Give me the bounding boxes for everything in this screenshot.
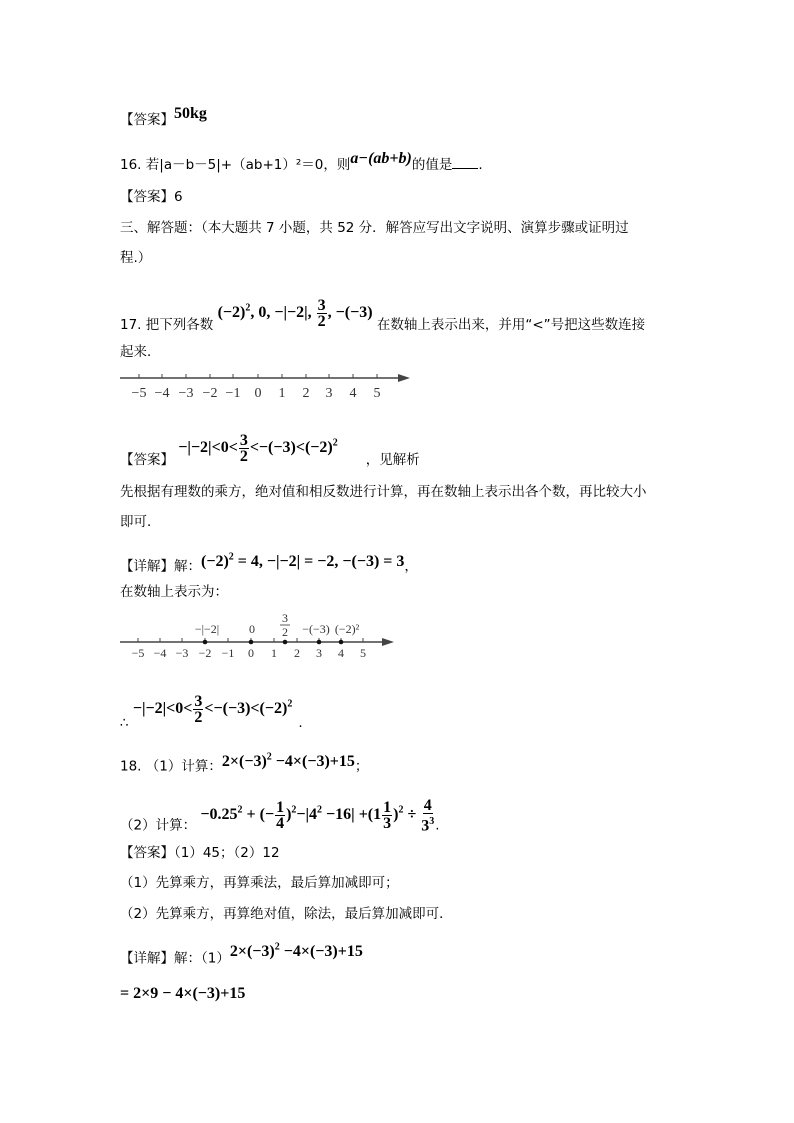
- q18-detail: 【详解】解：（1）2×(−3)2 −4×(−3)+15: [120, 944, 363, 968]
- svg-text:2: 2: [282, 625, 288, 639]
- analysis-text: （1）先算乘方，再算乘法，最后算加减即可；: [120, 873, 399, 893]
- svg-text:(−2)²: (−2)²: [335, 622, 360, 636]
- detail-expression: (−2)2 = 4, −|−2| = −2, −(−3) = 3: [201, 553, 404, 570]
- question-text-after: 在数轴上表示出来，并用“<”号把这些数连接: [377, 317, 645, 333]
- section-heading: 三、解答题：（本大题共 7 小题，共 52 分．解答应写出文字说明、演算步骤或证…: [120, 218, 629, 238]
- punctuation: .: [298, 715, 302, 731]
- answer-expression: −|−2|<0<32<−(−3)<(−2)2: [178, 439, 337, 456]
- punctuation: ；: [355, 758, 369, 774]
- part-label: （1）计算：: [146, 758, 222, 774]
- svg-text:−(−3): −(−3): [302, 622, 330, 636]
- svg-text:0: 0: [249, 622, 255, 636]
- answer-value: 6: [174, 189, 183, 205]
- question-number: 16.: [120, 157, 141, 173]
- answer-label: 【答案】: [120, 189, 174, 205]
- svg-text:−2: −2: [203, 386, 218, 401]
- analysis-text: （2）先算乘方，再算绝对值，除法，最后算加减即可．: [120, 904, 453, 924]
- number-list: (−2)2, 0, −|−2|, 32, −(−3): [218, 304, 373, 321]
- analysis-text-cont: 即可．: [120, 512, 161, 532]
- number-line-marked: −|−2| 0 32 −(−3) (−2)² −5−4−3−2 −1012 34…: [120, 605, 410, 660]
- svg-text:3: 3: [316, 646, 322, 660]
- q16-answer: 【答案】6: [120, 187, 183, 207]
- part-label: （2）计算：: [120, 817, 196, 833]
- punctuation: ，: [404, 558, 418, 574]
- part1-expression: 2×(−3)2 −4×(−3)+15: [222, 753, 355, 770]
- question-number: 18.: [120, 758, 141, 774]
- answer-label: 【答案】: [120, 452, 174, 468]
- svg-text:5: 5: [360, 646, 366, 660]
- svg-text:2: 2: [294, 646, 300, 660]
- q17-answer: 【答案】 −|−2|<0<32<−(−3)<(−2)2，见解析: [120, 445, 420, 476]
- svg-text:0: 0: [255, 386, 262, 401]
- svg-text:−5: −5: [132, 386, 147, 401]
- svg-text:−2: −2: [199, 646, 212, 660]
- svg-text:−|−2|: −|−2|: [195, 622, 219, 636]
- therefore-symbol: ∴: [120, 715, 129, 731]
- q17-detail: 【详解】解：(−2)2 = 4, −|−2| = −2, −(−3) = 3，: [120, 552, 418, 576]
- svg-text:5: 5: [374, 386, 381, 401]
- svg-text:−3: −3: [176, 646, 189, 660]
- question-text: 把下列各数: [146, 317, 214, 333]
- section-heading-cont: 程.）: [120, 248, 151, 268]
- svg-text:−5: −5: [132, 646, 145, 660]
- answer-value: （1）45；（2）12: [174, 845, 280, 861]
- question-text-cont: 起来．: [120, 342, 161, 362]
- part2-expression: −0.252 + (−14)2−|42 −16| +(113)2 ÷ 433: [200, 806, 435, 823]
- number-line-blank: −5−4−3−2 −1012 345: [120, 368, 420, 406]
- svg-text:1: 1: [271, 646, 277, 660]
- answer-blank: [452, 168, 478, 169]
- question-18-part2: （2）计算： −0.252 + (−14)2−|42 −16| +(113)2 …: [120, 808, 440, 843]
- svg-text:1: 1: [279, 386, 286, 401]
- svg-text:−3: −3: [179, 386, 194, 401]
- svg-text:−4: −4: [154, 646, 167, 660]
- answer-value: 50kg: [174, 105, 207, 122]
- step-expression: = 2×9 − 4×(−3)+15: [120, 985, 245, 1002]
- conclusion-expression: −|−2|<0<32<−(−3)<(−2)2: [133, 700, 292, 717]
- q17-conclusion: ∴ −|−2|<0<32<−(−3)<(−2)2.: [120, 700, 303, 731]
- svg-text:−1: −1: [222, 646, 235, 660]
- question-number: 17.: [120, 317, 141, 333]
- punctuation: .: [435, 817, 439, 833]
- answer-label: 【答案】: [120, 112, 174, 128]
- math-expression: a−(ab+b): [350, 150, 411, 167]
- question-16: 16. 若|a－b－5|+（ab+1）²＝0，则a−(ab+b)的值是.: [120, 155, 483, 175]
- analysis-text: 先根据有理数的乘方，绝对值和相反数进行计算，再在数轴上表示出各个数，再比较大小: [120, 482, 647, 502]
- question-text-after: 的值是: [412, 157, 453, 173]
- svg-text:3: 3: [326, 386, 333, 401]
- question-17: 17. 把下列各数 (−2)2, 0, −|−2|, 32, −(−3) 在数轴…: [120, 310, 645, 341]
- axis-intro: 在数轴上表示为：: [120, 582, 228, 602]
- detail-label: 【详解】解：: [120, 558, 201, 574]
- svg-text:0: 0: [248, 646, 254, 660]
- answer-label: 【答案】: [120, 845, 174, 861]
- svg-text:3: 3: [282, 611, 288, 625]
- svg-text:−4: −4: [155, 386, 170, 401]
- question-18-part1: 18. （1）计算：2×(−3)2 −4×(−3)+15；: [120, 752, 368, 776]
- answer-note: ，见解析: [366, 452, 420, 468]
- q15-answer: 【答案】50kg: [120, 110, 207, 130]
- question-text: 若|a－b－5|+（ab+1）²＝0，则: [146, 157, 351, 173]
- svg-text:−1: −1: [226, 386, 241, 401]
- svg-text:2: 2: [303, 386, 310, 401]
- q18-answer: 【答案】（1）45；（2）12: [120, 843, 280, 863]
- detail-label: 【详解】解：（1）: [120, 950, 230, 966]
- svg-text:4: 4: [350, 386, 357, 401]
- q18-step1: = 2×9 − 4×(−3)+15: [120, 984, 245, 1004]
- punctuation: .: [478, 157, 482, 173]
- svg-text:4: 4: [338, 646, 344, 660]
- detail-expression: 2×(−3)2 −4×(−3)+15: [230, 943, 363, 960]
